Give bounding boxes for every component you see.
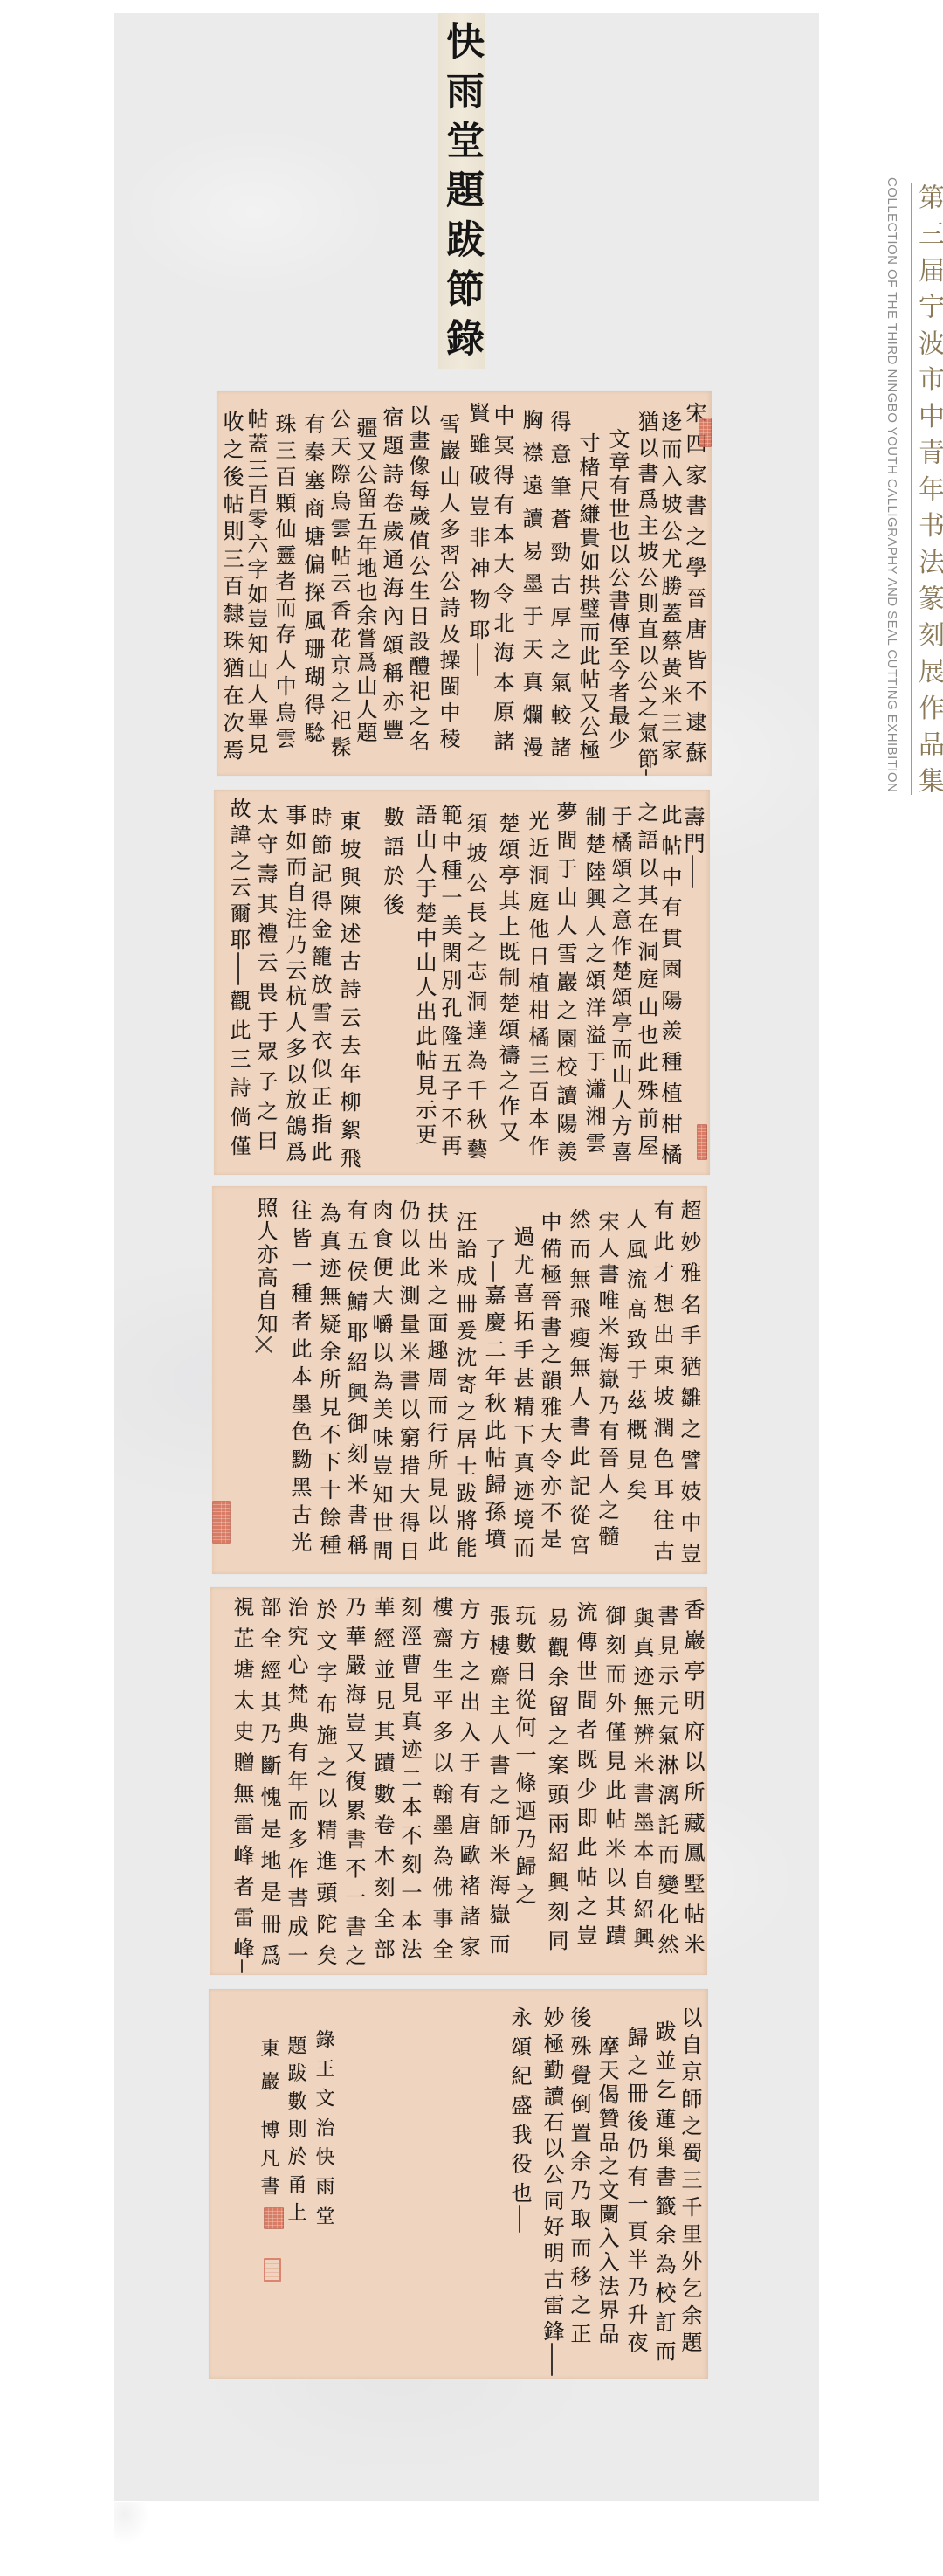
calligraphy-column: 珠三百顆仙靈者而存人中烏雲 — [272, 413, 295, 749]
calligraphy-column: 乃華嚴海豈又復累書不一書之 — [342, 1596, 365, 1965]
calligraphy-column: 仍以此測量米書以窮措大得日 — [396, 1199, 419, 1561]
calligraphy-column: 以自京師之蜀三千里外乞余題 — [678, 2006, 701, 2352]
calligraphy-column: 樓齋生平多以翰墨為佛事全 — [430, 1596, 452, 1959]
calligraphy-column: 嘉慶二年秋此帖歸孫墳 — [482, 1284, 505, 1549]
calligraphy-column: 書見示元氣淋漓託而變化然 — [655, 1605, 678, 1954]
calligraphy-column: 賢雖破豈非神物耶 — [466, 402, 489, 640]
calligraphy-column: 張樓齋主人書之師米海嶽而 — [486, 1605, 509, 1954]
ink-stroke — [477, 643, 478, 676]
calligraphy-column: 制楚陸興人之頌洋溢于瀟湘雲 — [582, 806, 605, 1153]
calligraphy-column: 之語以其在洞庭山也此殊前屋 — [635, 801, 657, 1156]
calligraphy-column: 疆又公留五年地也余嘗爲山人題 — [354, 417, 376, 742]
calligraphy-column: 宿題詩卷歲通海內頌稱亦豐 — [380, 406, 403, 740]
artist-inscription-line: 錄王文治快雨堂 — [313, 2029, 334, 2225]
calligraphy-column: 於文字布施之以精進頭陀矣 — [313, 1599, 336, 1965]
calligraphy-column: 數語於後 — [381, 806, 403, 915]
calligraphy-panel-5: 以自京師之蜀三千里外乞余題 跋並乞蓮巢書籤余為校訂而 歸之冊後仍有一頁半乃升夜 … — [209, 1989, 708, 2379]
calligraphy-column: 楚頌亭其上既制楚頌禱之作又 — [496, 812, 519, 1142]
calligraphy-column: 宋四家書之學晉唐皆不逮蘇 — [683, 402, 706, 763]
calligraphy-column: 胸襟遠讀易墨于天真爛漫 — [520, 409, 542, 757]
calligraphy-column: 以畫像每歲值公生日設醴祀之名 — [406, 404, 429, 751]
calligraphy-column: 猶以書爲主坡公則直以公之氣節 — [635, 411, 657, 769]
artist-signature: 博凡書 — [258, 2120, 279, 2195]
calligraphy-column: 雪巖山人多習公詩及操閩中稜 — [437, 413, 459, 749]
calligraphy-column: 過尤喜拓手甚精下真迹境而 — [511, 1226, 533, 1557]
calligraphy-column: 寸楮尺縑貴如拱璧而此帖又公極 — [576, 432, 599, 760]
calligraphy-column: 有此才想出東坡潤色耳往古 — [650, 1199, 673, 1561]
ink-stroke — [492, 1261, 494, 1282]
calligraphy-column: 觀此三詩倘僅 — [227, 990, 250, 1156]
calligraphy-column: 須坡公長之志洞達為千秋藝 — [464, 812, 486, 1159]
calligraphy-column: 範中種一美閑別孔隆五子不再 — [438, 804, 461, 1156]
ink-stroke — [519, 2205, 520, 2233]
calligraphy-panel-1: 宋四家書之學晉唐皆不逮蘇 迻而入坡公尤勝蓋蔡黃米三家 猶以書爲主坡公則直以公之氣… — [217, 391, 712, 776]
calligraphy-column: 中備極晉書之韻雅大令亦不是 — [538, 1211, 561, 1549]
calligraphy-column: 太守壽其禮云畏于眾子之曰 — [254, 804, 277, 1150]
calligraphy-column: 然而無飛瘦無人書此記從宮 — [567, 1208, 589, 1555]
calligraphy-panel-4: 香巖亭明府以所藏鳳墅帖米 書見示元氣淋漓託而變化然 與真迹無辨米書墨本自紹興 御… — [210, 1587, 707, 1975]
calligraphy-column: 永頌紀盛我役也 — [508, 2006, 531, 2203]
catalog-title-english: COLLECTION OF THE THIRD NINGBO YOUTH CAL… — [884, 177, 899, 798]
artist-inscription-line: 題跋數則於甬上 — [285, 2035, 306, 2221]
catalog-title-chinese: 第三届宁波市中青年书法篆刻展作品集 — [915, 183, 941, 793]
calligraphy-column: 往皆一種者此本墨色黝黑古光 — [288, 1199, 311, 1552]
ink-stroke — [551, 2343, 553, 2376]
calligraphy-column: 歸之冊後仍有一頁半乃升夜 — [624, 2027, 647, 2352]
calligraphy-column: 治究心梵典有年而多作書成一 — [285, 1596, 307, 1965]
ink-stroke — [237, 952, 239, 985]
calligraphy-column: 光近洞庭他日植柑橘三百本作 — [526, 810, 548, 1156]
ink-stroke — [241, 1959, 243, 1973]
calligraphy-column: 語山人于楚中山人出此帖見示更 — [413, 804, 436, 1144]
artist-seal-icon — [264, 2258, 281, 2282]
artist-inscription-place: 東巖 — [258, 2038, 279, 2090]
calligraphy-column: 部全經其乃斷愧是地是冊爲 — [258, 1596, 280, 1965]
calligraphy-column: 有五侯鯖耶紹興御刻米書稱 — [344, 1199, 367, 1555]
calligraphy-column: 肉食便大嚼以為美味豈知世間 — [369, 1199, 392, 1561]
calligraphy-column: 玩數日從何一條迺乃歸之 — [513, 1605, 535, 1904]
calligraphy-column: 汪詒成冊爰沈寄之居士跋將能 — [453, 1211, 476, 1557]
calligraphy-column: 時節記得金籠放雪衣似正指此 — [308, 806, 331, 1162]
sidebar-divider — [911, 183, 912, 795]
calligraphy-column: 與真迹無辨米書墨本自紹興 — [630, 1607, 653, 1948]
calligraphy-column: 扶出米之面趣周而行所見以此 — [424, 1202, 447, 1552]
title-strip: 快雨堂題跋節錄 — [438, 13, 485, 369]
artwork-title: 快雨堂題跋節錄 — [438, 21, 485, 356]
calligraphy-heading: 壽門 — [681, 806, 704, 853]
calligraphy-column: 摩天偈贊品之文闌入入法界品 — [595, 2035, 618, 2344]
seal-stamp-icon — [212, 1501, 231, 1544]
calligraphy-column: 事如而自注乃云杭人多以放鴿爲 — [283, 804, 306, 1162]
calligraphy-column: 香巖亭明府以所藏鳳墅帖米 — [681, 1599, 704, 1954]
calligraphy-column: 宋人書唯米海嶽乃有晉人之髓 — [595, 1211, 618, 1546]
calligraphy-column: 刻涇曹見真迹二本不刻一本法 — [398, 1596, 421, 1959]
calligraphy-panel-3: 超妙雅名手猶雛之譬妓中豈 有此才想出東坡潤色耳往古 人風流高致于茲概見矣 宋人書… — [212, 1186, 707, 1574]
ink-flourish-icon — [252, 1333, 275, 1356]
ink-stroke — [645, 769, 647, 776]
calligraphy-column: 中冥得有本大令北海本原諸 — [491, 404, 513, 751]
calligraphy-column: 跋並乞蓮巢書籤余為校訂而 — [652, 2020, 675, 2361]
calligraphy-column: 流傳世間者既少即此帖之豈 — [574, 1601, 596, 1945]
calligraphy-column: 人風流高致于茲概見矣 — [623, 1208, 646, 1500]
scroll-mount: 快雨堂題跋節錄 宋四家書之學晉唐皆不逮蘇 迻而入坡公尤勝蓋蔡黃米三家 猶以書爲主… — [114, 13, 819, 2501]
calligraphy-column: 迻而入坡公尤勝蓋蔡黃米三家 — [658, 411, 681, 760]
calligraphy-column: 易觀余留之案頭兩紹興刻同 — [545, 1607, 568, 1951]
artist-seal-icon — [264, 2207, 284, 2229]
ink-stroke — [599, 806, 601, 825]
scroll-shadow — [114, 2502, 149, 2545]
calligraphy-column: 東坡與陳述古詩云去年柳絮飛 — [337, 810, 360, 1168]
calligraphy-column: 御刻而外僅見此帖米以其蹟 — [602, 1605, 625, 1945]
calligraphy-column: 有秦塞商塘偏探風珊瑚得騐 — [301, 413, 324, 742]
calligraphy-column: 收之後帖則三百隸珠猶在次焉 — [220, 411, 243, 760]
calligraphy-column: 此帖中有貫園陽羨種植柑橘 — [658, 804, 681, 1164]
seal-stamp-icon — [699, 418, 712, 447]
seal-stamp-icon — [697, 1124, 707, 1160]
calligraphy-column: 華經並見其蹟數卷木刻全部 — [371, 1596, 394, 1959]
calligraphy-column: 帖蓋三百零六字如豈知山人畢見 — [244, 408, 267, 754]
ink-stroke — [692, 855, 693, 888]
calligraphy-column: 公天際烏雲帖云香花京之祀髹 — [327, 408, 350, 757]
calligraphy-column: 得意筆蒼勁古厚之氣較諸 — [547, 411, 570, 757]
calligraphy-column: 了 — [482, 1238, 505, 1260]
calligraphy-column: 後殊覺倒置余乃取而移之正 — [568, 2006, 590, 2344]
calligraphy-panel-2: 壽門 此帖中有貫園陽羨種植柑橘 之語以其在洞庭山也此殊前屋 于橘頌之意作楚頌亭而… — [214, 790, 710, 1175]
calligraphy-column: 為真迹無疑余所見不下十餘種 — [317, 1202, 340, 1555]
calligraphy-column: 夢間于山人雪巖之園校讀陽羨 — [554, 801, 576, 1162]
calligraphy-column: 超妙雅名手猶雛之譬妓中豈 — [678, 1199, 700, 1564]
calligraphy-column: 照人亦高自知 — [254, 1197, 277, 1334]
calligraphy-column: 方方之出入于有唐歐褚諸家 — [457, 1599, 479, 1957]
calligraphy-column: 于橘頌之意作楚頌亭而山人方喜 — [609, 805, 631, 1162]
calligraphy-column: 文章有世也以公書傳至今者最少 — [606, 428, 629, 749]
calligraphy-column: 妙極勤讀石以公同好明古雷鋒 — [540, 2006, 563, 2341]
calligraphy-column: 視芷塘太史贈無雷峰者雷峰 — [231, 1596, 253, 1958]
calligraphy-column: 故諱之云爾耶 — [227, 798, 250, 950]
